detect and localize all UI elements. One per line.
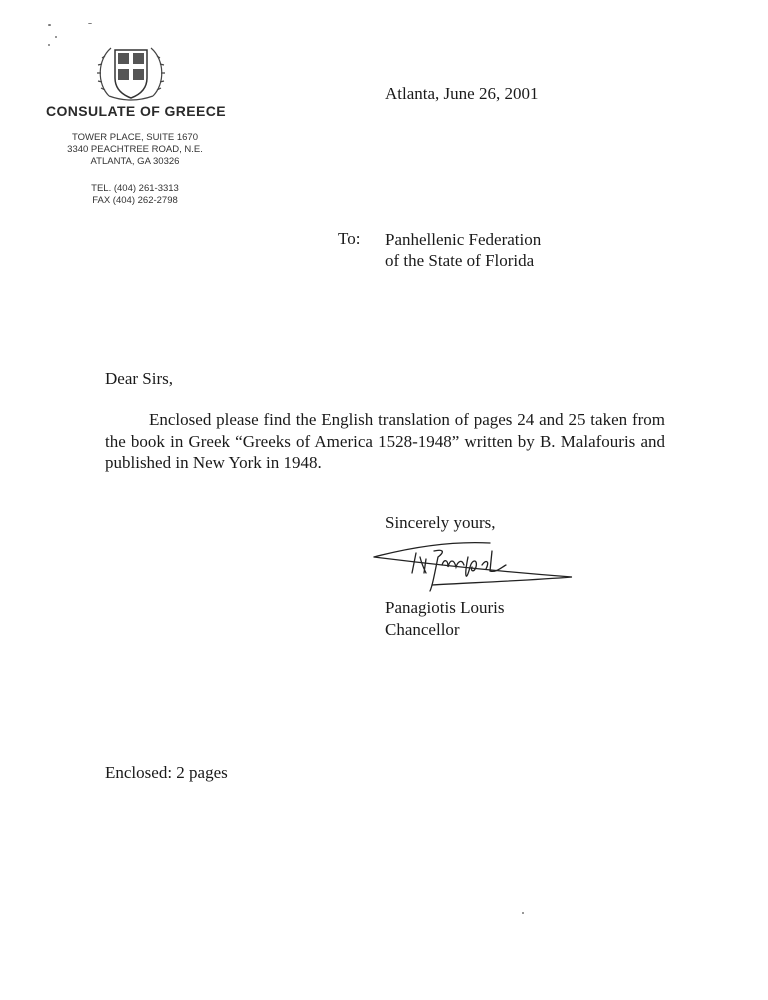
organization-name: CONSULATE OF GREECE (36, 103, 236, 119)
recipient: Panhellenic Federation of the State of F… (385, 229, 541, 271)
scan-speck (55, 36, 57, 38)
handwritten-signature-icon (372, 537, 582, 597)
enclosure-note: Enclosed: 2 pages (105, 763, 228, 783)
date-line: Atlanta, June 26, 2001 (385, 84, 538, 104)
contact-block: TEL. (404) 261-3313 FAX (404) 262-2798 (60, 183, 210, 207)
address-line: 3340 PEACHTREE ROAD, N.E. (40, 144, 230, 156)
address-line: TOWER PLACE, SUITE 1670 (40, 132, 230, 144)
telephone: TEL. (404) 261-3313 (60, 183, 210, 195)
salutation: Dear Sirs, (105, 369, 173, 389)
signer-title: Chancellor (385, 620, 460, 640)
scan-speck (88, 23, 92, 24)
closing: Sincerely yours, (385, 513, 495, 533)
fax: FAX (404) 262-2798 (60, 195, 210, 207)
scan-speck (522, 912, 524, 914)
body-paragraph: Enclosed please find the English transla… (105, 409, 665, 474)
address-line: ATLANTA, GA 30326 (40, 156, 230, 168)
greek-coat-of-arms-icon (95, 40, 167, 106)
scan-speck (48, 24, 51, 26)
recipient-line: Panhellenic Federation (385, 229, 541, 250)
scan-speck (48, 44, 50, 46)
address-block: TOWER PLACE, SUITE 1670 3340 PEACHTREE R… (40, 132, 230, 168)
signer-name: Panagiotis Louris (385, 598, 504, 618)
recipient-line: of the State of Florida (385, 250, 541, 271)
to-label: To: (338, 229, 360, 249)
